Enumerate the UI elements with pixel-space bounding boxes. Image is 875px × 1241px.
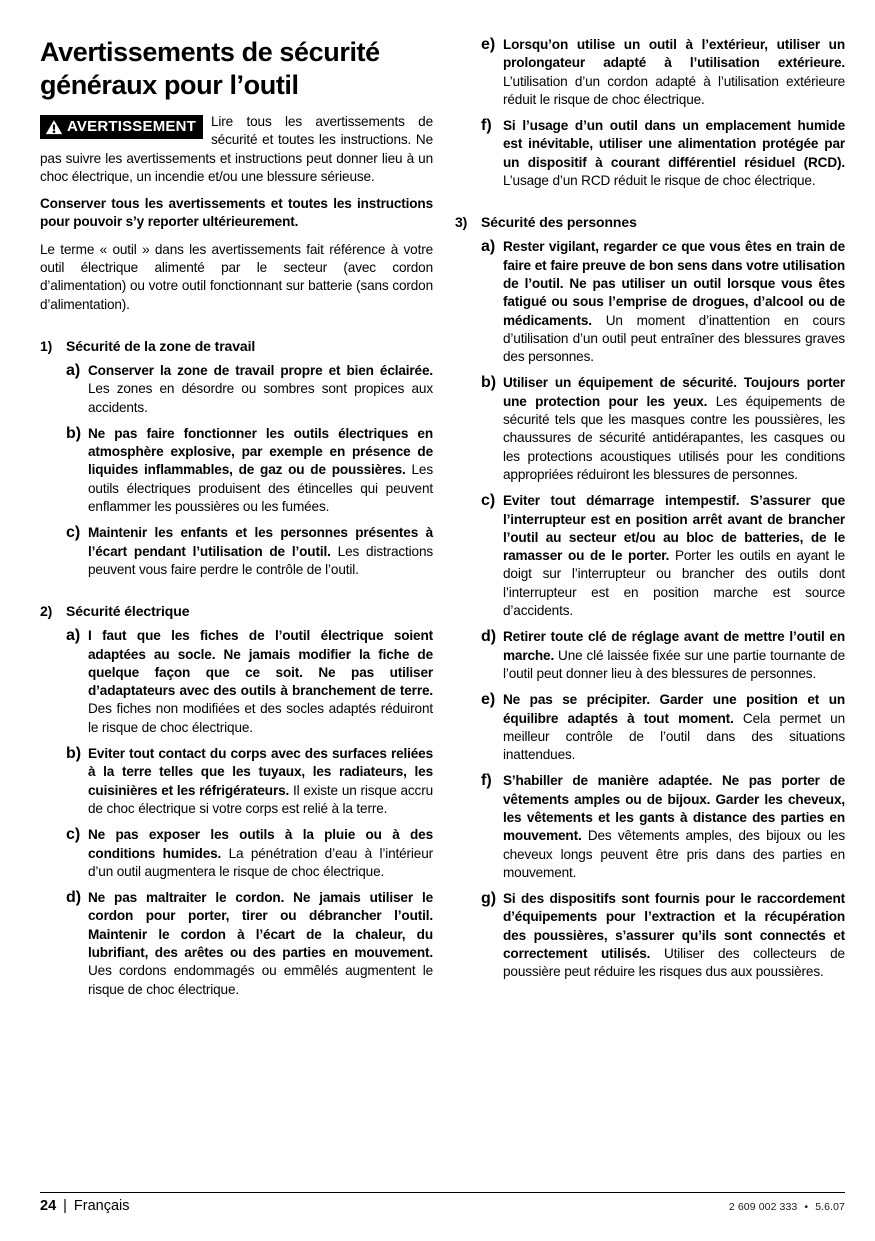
item-letter: a) <box>66 627 88 737</box>
item-rule: Lorsqu’on utilise un outil à l’extérieur… <box>503 37 845 70</box>
item-letter: b) <box>66 425 88 516</box>
safety-item: b) Eviter tout contact du corps avec des… <box>66 745 433 818</box>
item-text: Rester vigilant, regarder ce que vous êt… <box>503 238 845 366</box>
item-rule: Ne pas maltraiter le cordon. Ne jamais u… <box>88 890 433 960</box>
doc-version: 5.6.07 <box>815 1201 845 1213</box>
item-letter: d) <box>66 889 88 999</box>
safety-item: g) Si des dispositifs sont fournis pour … <box>481 890 845 981</box>
safety-item: f) Si l’usage d’un outil dans un emplace… <box>481 117 845 190</box>
tool-term-definition: Le terme « outil » dans les avertissemen… <box>40 241 433 314</box>
keep-instructions-note: Conserver tous les avertissements et tou… <box>40 195 433 232</box>
section-heading: 3) Sécurité des personnes <box>455 214 845 230</box>
item-text: Conserver la zone de travail propre et b… <box>88 362 433 417</box>
page-content: Avertissements de sécurité généraux pour… <box>40 36 845 999</box>
safety-item: d) Retirer toute clé de réglage avant de… <box>481 628 845 683</box>
section-heading: 1) Sécurité de la zone de travail <box>40 338 433 354</box>
left-column: Avertissements de sécurité généraux pour… <box>40 36 433 999</box>
title-line-2: généraux pour l’outil <box>40 69 433 102</box>
section-title: Sécurité de la zone de travail <box>66 338 255 354</box>
safety-item: d) Ne pas maltraiter le cordon. Ne jamai… <box>66 889 433 999</box>
item-explanation: Des fiches non modifiées et des socles a… <box>88 701 433 734</box>
item-text: Si des dispositifs sont fournis pour le … <box>503 890 845 981</box>
section-heading: 2) Sécurité électrique <box>40 603 433 619</box>
item-explanation: Ues cordons endommagés ou emmêlés augmen… <box>88 963 433 996</box>
item-rule: I faut que les fiches de l’outil électri… <box>88 628 433 698</box>
warning-triangle-icon <box>45 119 63 135</box>
item-letter: b) <box>66 745 88 818</box>
item-rule: Si l’usage d’un outil dans un emplacemen… <box>503 118 845 170</box>
manual-page: Avertissements de sécurité généraux pour… <box>0 0 875 1241</box>
item-explanation: Les zones en désordre ou sombres sont pr… <box>88 381 433 414</box>
item-text: I faut que les fiches de l’outil électri… <box>88 627 433 737</box>
safety-item: c) Maintenir les enfants et les personne… <box>66 524 433 579</box>
item-explanation: L’utilisation d’un cordon adapté à l’uti… <box>503 74 845 107</box>
item-text: S’habiller de manière adaptée. Ne pas po… <box>503 772 845 882</box>
item-text: Utiliser un équipement de sécurité. Touj… <box>503 374 845 484</box>
item-letter: a) <box>66 362 88 417</box>
item-text: Ne pas maltraiter le cordon. Ne jamais u… <box>88 889 433 999</box>
item-letter: c) <box>66 524 88 579</box>
item-text: Ne pas exposer les outils à la pluie ou … <box>88 826 433 881</box>
section-number: 1) <box>40 338 66 354</box>
doc-number: 2 609 002 333 <box>729 1201 797 1213</box>
item-letter: b) <box>481 374 503 484</box>
safety-item: a) Rester vigilant, regarder ce que vous… <box>481 238 845 366</box>
warning-intro-paragraph: AVERTISSEMENT Lire tous les avertissemen… <box>40 113 433 186</box>
section-number: 3) <box>455 214 481 230</box>
item-text: Si l’usage d’un outil dans un emplacemen… <box>503 117 845 190</box>
safety-item: c) Ne pas exposer les outils à la pluie … <box>66 826 433 881</box>
section-number: 2) <box>40 603 66 619</box>
item-explanation: L’usage d’un RCD réduit le risque de cho… <box>503 173 815 188</box>
section-title: Sécurité électrique <box>66 603 189 619</box>
safety-item: c) Eviter tout démarrage intempestif. S’… <box>481 492 845 620</box>
footer-divider: | <box>63 1198 67 1214</box>
safety-item: b) Utiliser un équipement de sécurité. T… <box>481 374 845 484</box>
item-text: Retirer toute clé de réglage avant de me… <box>503 628 845 683</box>
right-column: e) Lorsqu’on utilise un outil à l’extéri… <box>455 36 845 999</box>
warning-badge: AVERTISSEMENT <box>40 115 203 139</box>
item-letter: g) <box>481 890 503 981</box>
item-text: Ne pas faire fonctionner les outils élec… <box>88 425 433 516</box>
item-rule: Ne pas faire fonctionner les outils élec… <box>88 426 433 478</box>
safety-item: b) Ne pas faire fonctionner les outils é… <box>66 425 433 516</box>
language-label: Français <box>74 1198 130 1214</box>
section-1-work-area: 1) Sécurité de la zone de travail a) Con… <box>40 338 433 579</box>
safety-item: a) Conserver la zone de travail propre e… <box>66 362 433 417</box>
section-2-electrical: 2) Sécurité électrique a) I faut que les… <box>40 603 433 999</box>
item-letter: f) <box>481 117 503 190</box>
item-rule: Conserver la zone de travail propre et b… <box>88 363 433 378</box>
section-2-continued: e) Lorsqu’on utilise un outil à l’extéri… <box>455 36 845 190</box>
item-text: Eviter tout démarrage intempestif. S’ass… <box>503 492 845 620</box>
item-letter: e) <box>481 36 503 109</box>
page-number: 24 <box>40 1198 56 1214</box>
safety-item: e) Ne pas se précipiter. Garder une posi… <box>481 691 845 764</box>
item-letter: d) <box>481 628 503 683</box>
item-letter: a) <box>481 238 503 366</box>
item-text: Maintenir les enfants et les personnes p… <box>88 524 433 579</box>
section-3-personal-safety: 3) Sécurité des personnes a) Rester vigi… <box>455 214 845 981</box>
item-letter: c) <box>481 492 503 620</box>
item-text: Ne pas se précipiter. Garder une positio… <box>503 691 845 764</box>
safety-item: a) I faut que les fiches de l’outil élec… <box>66 627 433 737</box>
item-letter: c) <box>66 826 88 881</box>
page-footer: 24 | Français 2 609 002 333 • 5.6.07 <box>40 1192 845 1214</box>
safety-item: e) Lorsqu’on utilise un outil à l’extéri… <box>481 36 845 109</box>
item-letter: f) <box>481 772 503 882</box>
item-explanation: Une clé laissée fixée sur une partie tou… <box>503 648 845 681</box>
item-text: Lorsqu’on utilise un outil à l’extérieur… <box>503 36 845 109</box>
item-text: Eviter tout contact du corps avec des su… <box>88 745 433 818</box>
item-letter: e) <box>481 691 503 764</box>
document-reference: 2 609 002 333 • 5.6.07 <box>729 1201 845 1213</box>
warning-badge-label: AVERTISSEMENT <box>67 118 196 136</box>
doc-ref-bullet: • <box>804 1201 808 1213</box>
section-title: Sécurité des personnes <box>481 214 637 230</box>
title-line-1: Avertissements de sécurité <box>40 36 433 69</box>
page-title: Avertissements de sécurité généraux pour… <box>40 36 433 102</box>
safety-item: f) S’habiller de manière adaptée. Ne pas… <box>481 772 845 882</box>
